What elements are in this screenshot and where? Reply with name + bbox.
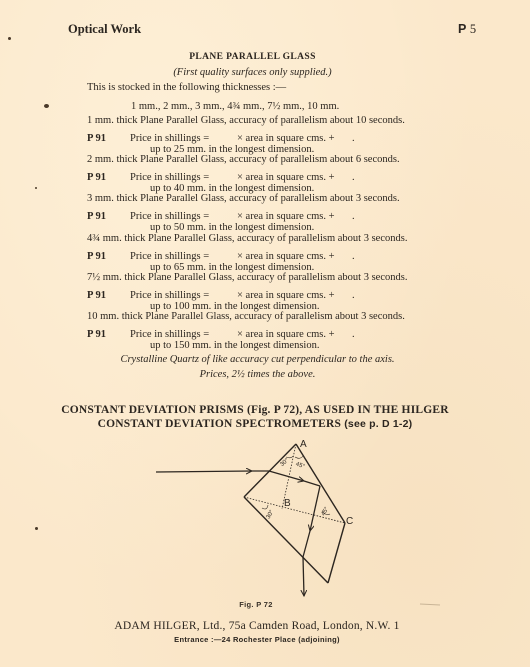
figure-caption: Fig. P 72 bbox=[0, 600, 512, 609]
vertex-label-c: C bbox=[346, 516, 353, 527]
angle-label-lower-right: 45° bbox=[321, 506, 331, 517]
prism-outline bbox=[244, 444, 345, 583]
construction-lines bbox=[244, 444, 345, 523]
constant-deviation-prism-diagram: A B C 30° 45° 30° 45° bbox=[0, 0, 530, 667]
light-ray bbox=[156, 471, 320, 596]
angle-label-top-right: 45° bbox=[295, 461, 306, 470]
company-address: ADAM HILGER, Ltd., 75a Camden Road, Lond… bbox=[0, 620, 514, 632]
entrance-note: Entrance :—24 Rochester Place (adjoining… bbox=[0, 635, 514, 644]
vertex-label-a: A bbox=[300, 439, 307, 450]
vertex-label-b: B bbox=[284, 498, 291, 509]
angle-label-lower-left: 30° bbox=[266, 509, 276, 520]
scanned-page: Optical Work P 5 PLANE PARALLEL GLASS (F… bbox=[0, 0, 530, 667]
